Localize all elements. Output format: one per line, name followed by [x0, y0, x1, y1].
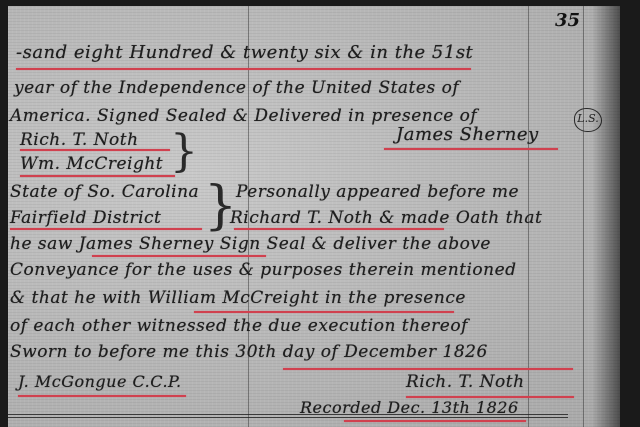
red-underline	[16, 68, 471, 70]
page-number: 35	[555, 10, 580, 31]
text-line: State of So. Carolina	[10, 182, 199, 202]
witness-signature: Rich. T. Noth	[20, 130, 139, 150]
recorded-date: Recorded Dec. 13th 1826	[300, 398, 519, 417]
text-line: he saw James Sherney Sign Seal & deliver…	[10, 234, 491, 254]
affiant-signature: Rich. T. Noth	[406, 372, 525, 392]
ruling-line	[583, 6, 584, 427]
red-underline	[194, 311, 454, 313]
red-underline	[18, 395, 186, 397]
red-underline	[384, 148, 558, 150]
text-line: -sand eight Hundred & twenty six & in th…	[16, 42, 473, 63]
text-line: year of the Independence of the United S…	[14, 78, 459, 98]
page-edge-shadow	[592, 6, 620, 427]
witness-signature: Wm. McCreight	[20, 154, 163, 174]
ruling-line	[8, 417, 568, 418]
text-line: America. Signed Sealed & Delivered in pr…	[10, 106, 477, 126]
text-line: & that he with William McCreight in the …	[10, 288, 466, 308]
red-underline	[283, 368, 573, 370]
red-underline	[92, 255, 266, 257]
red-underline	[234, 228, 444, 230]
red-underline	[344, 420, 526, 422]
clerk-signature: J. McGongue C.C.P.	[18, 372, 182, 391]
red-underline	[20, 149, 170, 151]
red-underline	[20, 175, 175, 177]
text-line: Personally appeared before me	[236, 182, 519, 202]
text-line: Sworn to before me this 30th day of Dece…	[10, 342, 488, 362]
brace-icon: }	[170, 126, 198, 177]
signature-grantor: James Sherney	[396, 124, 539, 145]
document-page: 35 -sand eight Hundred & twenty six & in…	[8, 6, 620, 427]
text-line: Fairfield District	[10, 208, 161, 228]
text-line: of each other witnessed the due executio…	[10, 316, 468, 336]
text-line: Richard T. Noth & made Oath that	[230, 208, 542, 228]
text-line: Conveyance for the uses & purposes there…	[10, 260, 517, 280]
red-underline	[10, 228, 202, 230]
